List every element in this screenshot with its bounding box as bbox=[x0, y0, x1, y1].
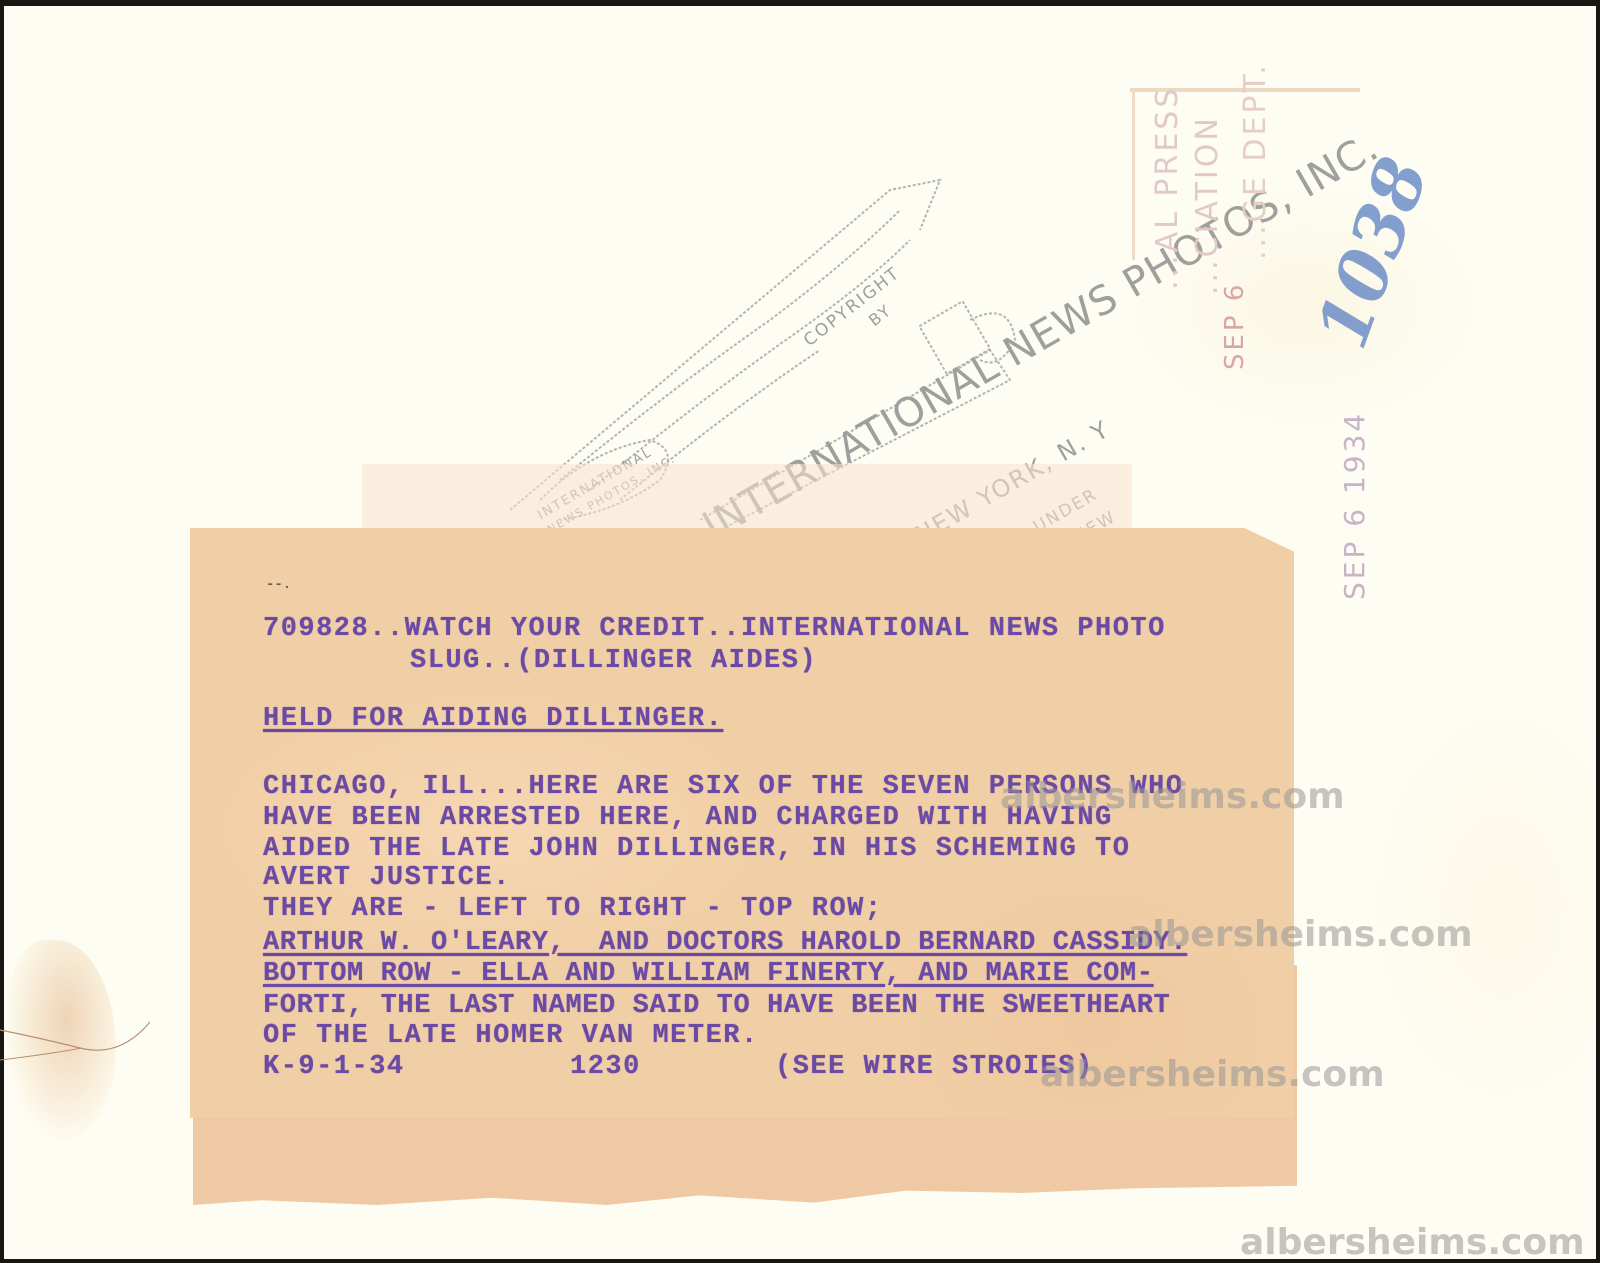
assoc-line1: ...AL PRESS bbox=[1150, 86, 1185, 290]
watermark: albersheims.com bbox=[1240, 1222, 1585, 1263]
caption-header-line2: SLUG..(DILLINGER AIDES) bbox=[410, 645, 817, 677]
stamp-frame-left bbox=[1132, 90, 1135, 260]
caption-body-line: AVERT JUSTICE. bbox=[263, 862, 511, 894]
caption-body-line: OF THE LATE HOMER VAN METER. bbox=[263, 1020, 759, 1052]
watermark: albersheims.com bbox=[1000, 776, 1345, 817]
caption-body-line: THEY ARE - LEFT TO RIGHT - TOP ROW; bbox=[263, 893, 883, 925]
slip-underlayer bbox=[362, 464, 1132, 530]
watermark: albersheims.com bbox=[1128, 914, 1473, 955]
caption-footer-code: K-9-1-34 bbox=[263, 1051, 405, 1083]
corner-mark: --. bbox=[266, 577, 291, 593]
caption-body-line: AIDED THE LATE JOHN DILLINGER, IN HIS SC… bbox=[263, 833, 1130, 865]
date-stamp-1: SEP 6 bbox=[1220, 282, 1250, 370]
caption-body-line: HAVE BEEN ARRESTED HERE, AND CHARGED WIT… bbox=[263, 802, 1113, 834]
caption-header-line1: 709828..WATCH YOUR CREDIT..INTERNATIONAL… bbox=[263, 613, 1166, 645]
date-stamp-2: SEP 6 1934 bbox=[1338, 411, 1371, 600]
caption-body-line: BOTTOM ROW - ELLA AND WILLIAM FINERTY, A… bbox=[263, 958, 1154, 990]
caption-body-line: ARTHUR W. O'LEARY, AND DOCTORS HAROLD BE… bbox=[263, 927, 1187, 959]
caption-headline: HELD FOR AIDING DILLINGER. bbox=[263, 703, 723, 735]
caption-body-line: FORTI, THE LAST NAMED SAID TO HAVE BEEN … bbox=[263, 990, 1170, 1022]
caption-footer-time: 1230 bbox=[570, 1051, 641, 1083]
paper-crack bbox=[0, 1020, 150, 1080]
assoc-line2: ...CIATION bbox=[1190, 115, 1225, 295]
watermark: albersheims.com bbox=[1040, 1054, 1385, 1095]
assoc-line3: ...GE DEPT. bbox=[1238, 62, 1273, 260]
